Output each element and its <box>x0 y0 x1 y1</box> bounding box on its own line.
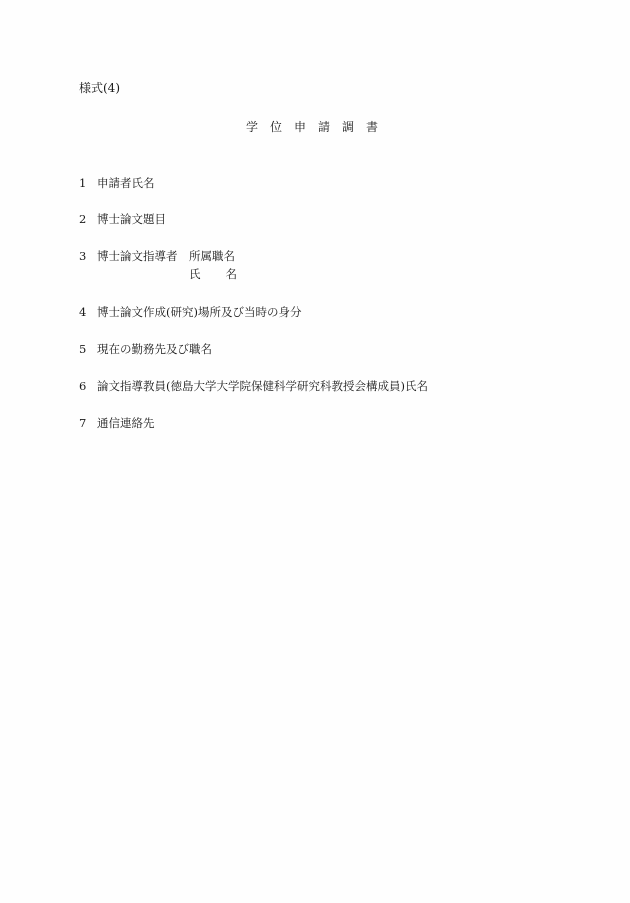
item-label: 現在の勤務先及び職名 <box>97 341 212 357</box>
item-label: 通信連絡先 <box>97 415 155 431</box>
item-number: 1 <box>79 175 97 191</box>
supervisor-name-label: 氏 名 <box>189 266 237 282</box>
item-advising-faculty: 6論文指導教員(徳島大学大学院保健科学研究科教授会構成員)氏名 <box>79 378 428 394</box>
item-number: 7 <box>79 415 97 431</box>
item-current-employer: 5現在の勤務先及び職名 <box>79 341 212 357</box>
title-char: 申 <box>294 119 306 135</box>
name-char: 氏 <box>189 266 201 282</box>
item-number: 5 <box>79 341 97 357</box>
item-research-location: 4博士論文作成(研究)場所及び当時の身分 <box>79 304 301 320</box>
document-title: 学 位 申 請 調 書 <box>246 119 378 135</box>
title-char: 学 <box>246 119 258 135</box>
document-page: 様式(4) 学 位 申 請 調 書 1申請者氏名 2博士論文題目 3博士論文指導… <box>0 0 630 903</box>
supervisor-affiliation-label: 所属職名 <box>189 248 235 264</box>
item-label: 博士論文指導者 <box>97 248 178 264</box>
item-number: 3 <box>79 248 97 264</box>
form-number: 様式(4) <box>79 80 120 96</box>
item-label: 博士論文作成(研究)場所及び当時の身分 <box>97 304 301 320</box>
title-char: 位 <box>270 119 282 135</box>
title-char: 請 <box>318 119 330 135</box>
item-contact-info: 7通信連絡先 <box>79 415 155 431</box>
title-char: 書 <box>366 119 378 135</box>
item-label: 博士論文題目 <box>97 211 166 227</box>
item-thesis-title: 2博士論文題目 <box>79 211 166 227</box>
item-number: 4 <box>79 304 97 320</box>
item-number: 6 <box>79 378 97 394</box>
item-label: 論文指導教員(徳島大学大学院保健科学研究科教授会構成員)氏名 <box>97 378 428 394</box>
item-number: 2 <box>79 211 97 227</box>
title-char: 調 <box>342 119 354 135</box>
item-applicant-name: 1申請者氏名 <box>79 175 155 191</box>
item-thesis-supervisor: 3博士論文指導者 <box>79 248 178 264</box>
item-label: 申請者氏名 <box>97 175 155 191</box>
name-char: 名 <box>226 266 238 282</box>
